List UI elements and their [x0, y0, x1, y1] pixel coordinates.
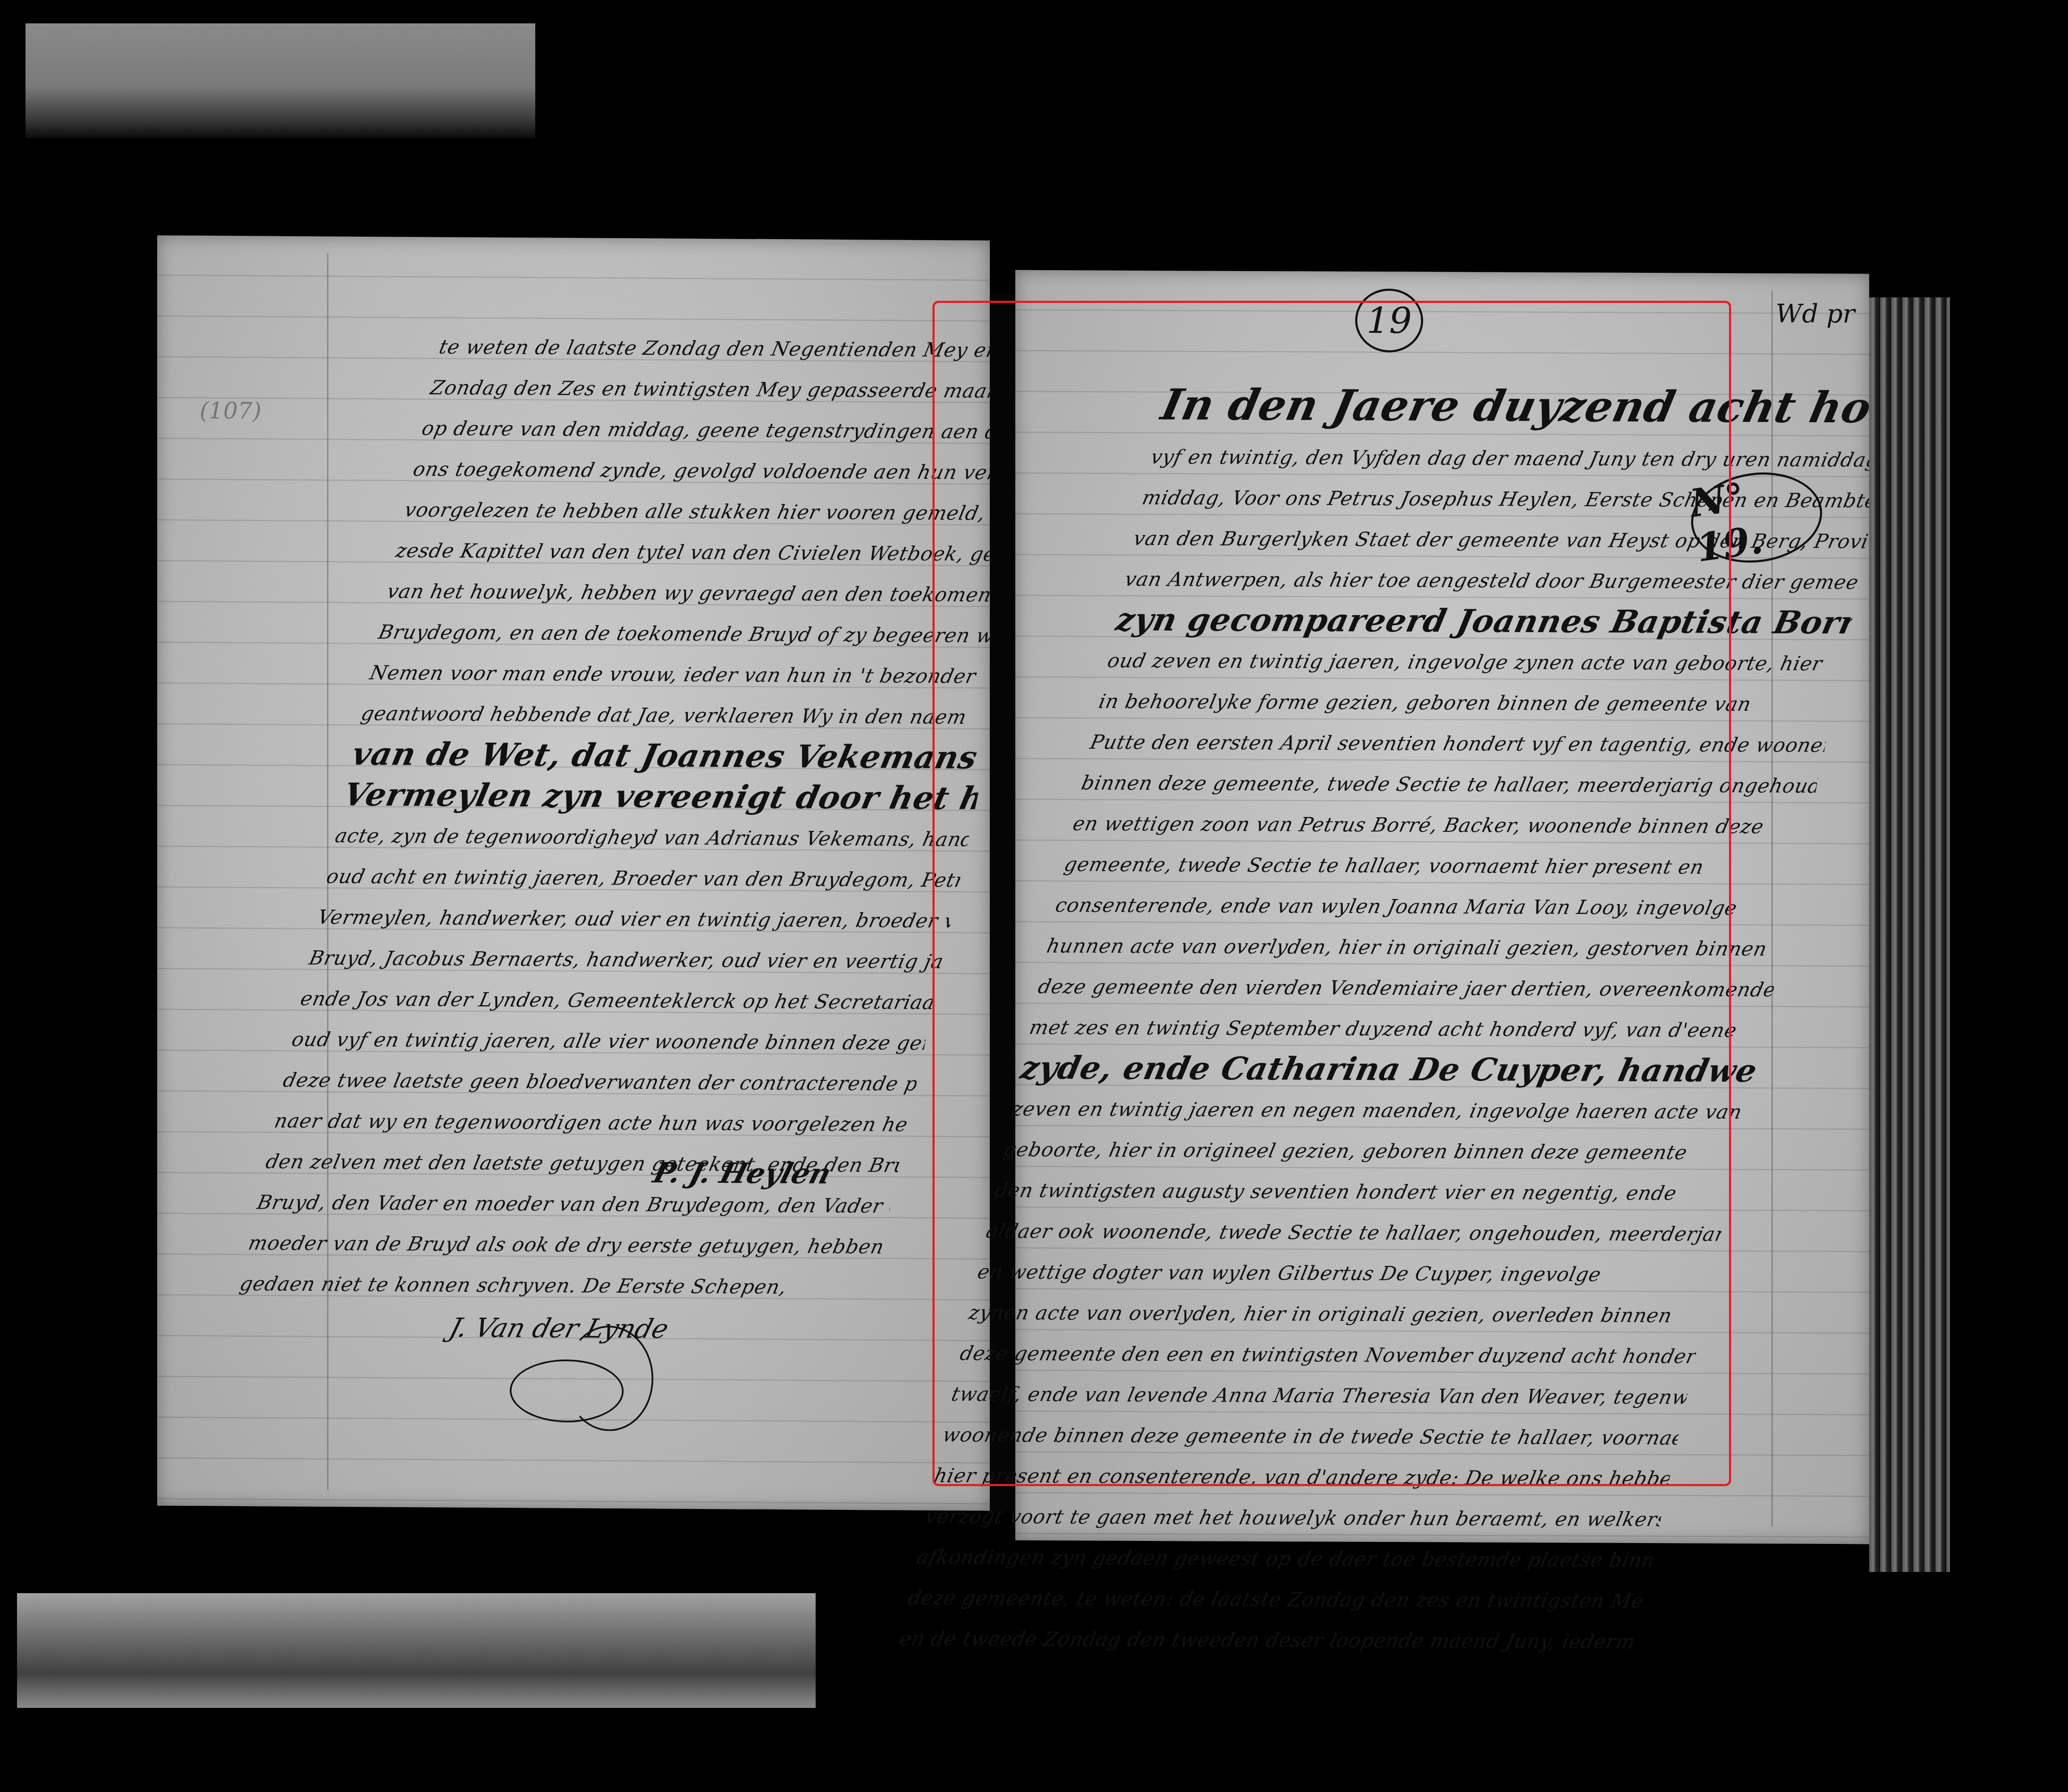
text-line: gemeente, twede Sectie te hallaer, voorn…: [1056, 844, 1804, 888]
text-line: aldaer ook woonende, twede Sectie te hal…: [978, 1210, 1726, 1255]
text-line: Bruyd, Jacobus Bernaerts, handwerker, ou…: [301, 937, 946, 982]
text-line: voorgelezen te hebben alle stukken hier …: [396, 489, 1042, 534]
text-line: deze gemeente den een en twintigsten Nov…: [952, 1333, 1700, 1377]
text-line: deze gemeente den vierden Vendemiaire ja…: [1030, 966, 1777, 1010]
bride-name-line: zyde, ende Catharina De Cuyper, handwerk…: [1013, 1048, 1760, 1092]
text-line: den twintigsten augusty seventien honder…: [986, 1170, 1734, 1214]
text-line: Nemen voor man ende vrouw, ieder van hun…: [362, 652, 1007, 697]
groom-bride-names-line: van de Wet, dat Joannes Vekemans ende An…: [344, 734, 990, 778]
text-line: naer dat wy en tegenwoordigen acte hun w…: [266, 1100, 912, 1145]
background-paper-strip-bottom: [17, 1593, 816, 1708]
text-line: en de tweede Zondag den tweeden deser lo…: [891, 1618, 1639, 1662]
text-line: geantwoord hebbende dat Jae, verklaeren …: [353, 693, 999, 738]
text-line: ende Jos van der Lynden, Gemeenteklerck …: [292, 978, 938, 1023]
book-page-edges: [1869, 297, 1950, 1572]
text-line: binnen deze gemeente, twede Sectie te ha…: [1073, 762, 1821, 806]
margin-note: (107): [200, 397, 261, 424]
page-number: 19: [1355, 288, 1423, 353]
text-line: woonende binnen deze gemeente in de twed…: [935, 1414, 1682, 1458]
left-page-text: te weten de laatste Zondag den Negentien…: [232, 326, 1077, 1308]
text-line: afkondingen zyn gedaen geweest op de dae…: [909, 1537, 1656, 1581]
text-line: zeven en twintig jaeren en negen maenden…: [1004, 1088, 1752, 1133]
text-line: met zes en twintig September duyzend ach…: [1021, 1007, 1769, 1051]
text-line: van den Burgerlyken Staet der gemeente v…: [1125, 518, 1873, 562]
text-line: gedaen niet te konnen schryven. De Eerst…: [232, 1263, 877, 1308]
text-line: oud zeven en twintig jaeren, ingevolge z…: [1099, 640, 1847, 684]
right-page-text: In den Jaere duyzend acht hondert vyf en…: [891, 373, 1904, 1662]
groom-name-line: zyn gecompareerd Joannes Baptista Borré,…: [1108, 599, 1856, 644]
text-line: oud vyf en twintig jaeren, alle vier woo…: [284, 1019, 929, 1063]
text-line: vyf en twintig, den Vyfden dag der maend…: [1143, 436, 1890, 481]
text-line: deze gemeente, te weten: de laatste Zond…: [900, 1577, 1647, 1622]
text-line: twaelf, ende van levende Anna Maria Ther…: [943, 1374, 1691, 1418]
text-line: middag, Voor ons Petrus Josephus Heylen,…: [1134, 477, 1882, 521]
text-line: hier present en consenterende, van d'and…: [926, 1455, 1674, 1499]
text-line: Putte den eersten April seventien honder…: [1082, 721, 1830, 766]
text-line: consenterende, ende van wylen Joanna Mar…: [1047, 885, 1795, 929]
background-paper-strip-top: [25, 23, 535, 138]
text-line: zesde Kapittel van den tytel van den Civ…: [387, 530, 1033, 574]
text-line: geboorte, hier in origineel gezien, gebo…: [995, 1129, 1743, 1173]
text-line: in behoorelyke forme gezien, geboren bin…: [1091, 681, 1838, 725]
text-line: en wettigen zoon van Petrus Borré, Backe…: [1065, 803, 1812, 847]
text-line: op deure van den middag, geene tegenstry…: [414, 408, 1059, 452]
text-line: te weten de laatste Zondag den Negentien…: [431, 326, 1076, 371]
text-line: deze twee laetste geen bloedverwanten de…: [275, 1060, 921, 1104]
corner-annotation: Wd pr: [1776, 299, 1855, 329]
text-line: hunnen acte van overlyden, hier in origi…: [1039, 925, 1786, 969]
text-line: ons toegekomend zynde, gevolgd voldoende…: [405, 449, 1051, 493]
act-heading: In den Jaere duyzend acht hondert: [1151, 373, 1904, 439]
left-page: (107) te weten de laatste Zondag den Neg…: [157, 235, 990, 1511]
text-line: Bruydegom, en aen de toekomende Bruyd of…: [370, 611, 1016, 656]
right-page: 19 Wd pr N° 19. In den Jaere duyzend ach…: [1015, 270, 1869, 1544]
signature-flourish: [565, 1326, 653, 1431]
text-line: van Antwerpen, als hier toe aengesteld d…: [1117, 559, 1865, 603]
text-line: en wettige dogter van wylen Gilbertus De…: [969, 1251, 1717, 1295]
officer-signature: P. J. Heylen: [650, 1156, 835, 1190]
text-line: oud acht en twintig jaeren, Broeder van …: [318, 856, 964, 900]
text-line: moeder van de Bruyd als ook de dry eerst…: [240, 1222, 886, 1267]
text-line: acte, zyn de tegenwoordigheyd van Adrian…: [327, 815, 973, 860]
text-line: Zondag den Zes en twintigsten Mey gepass…: [422, 367, 1068, 412]
text-line: verzogt voort te gaen met het houwelyk o…: [917, 1496, 1665, 1540]
bride-surname-line: Vermeylen zyn vereenigt door het houwely…: [336, 774, 981, 819]
text-line: van het houwelyk, hebben wy gevraegd aen…: [379, 571, 1025, 615]
text-line: Vermeylen, handwerker, oud vier en twint…: [310, 896, 955, 941]
text-line: zynen acte van overlyden, hier in origin…: [961, 1292, 1708, 1336]
